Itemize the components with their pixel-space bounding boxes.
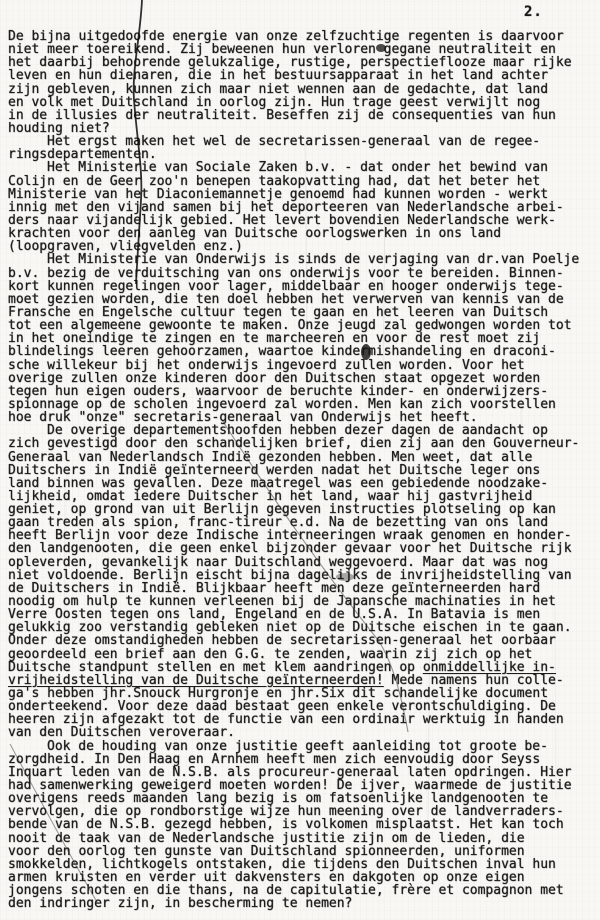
document-body: De bijna uitgedoofde energie van onze ze… bbox=[8, 30, 596, 910]
page-number: 2. bbox=[524, 4, 543, 20]
text-run: den indringer zijn, in bescherming te ne… bbox=[8, 896, 352, 911]
document-page: 2. De bijna uitgedoofde energie van onze… bbox=[0, 0, 600, 920]
text-line: den indringer zijn, in bescherming te ne… bbox=[8, 897, 596, 910]
